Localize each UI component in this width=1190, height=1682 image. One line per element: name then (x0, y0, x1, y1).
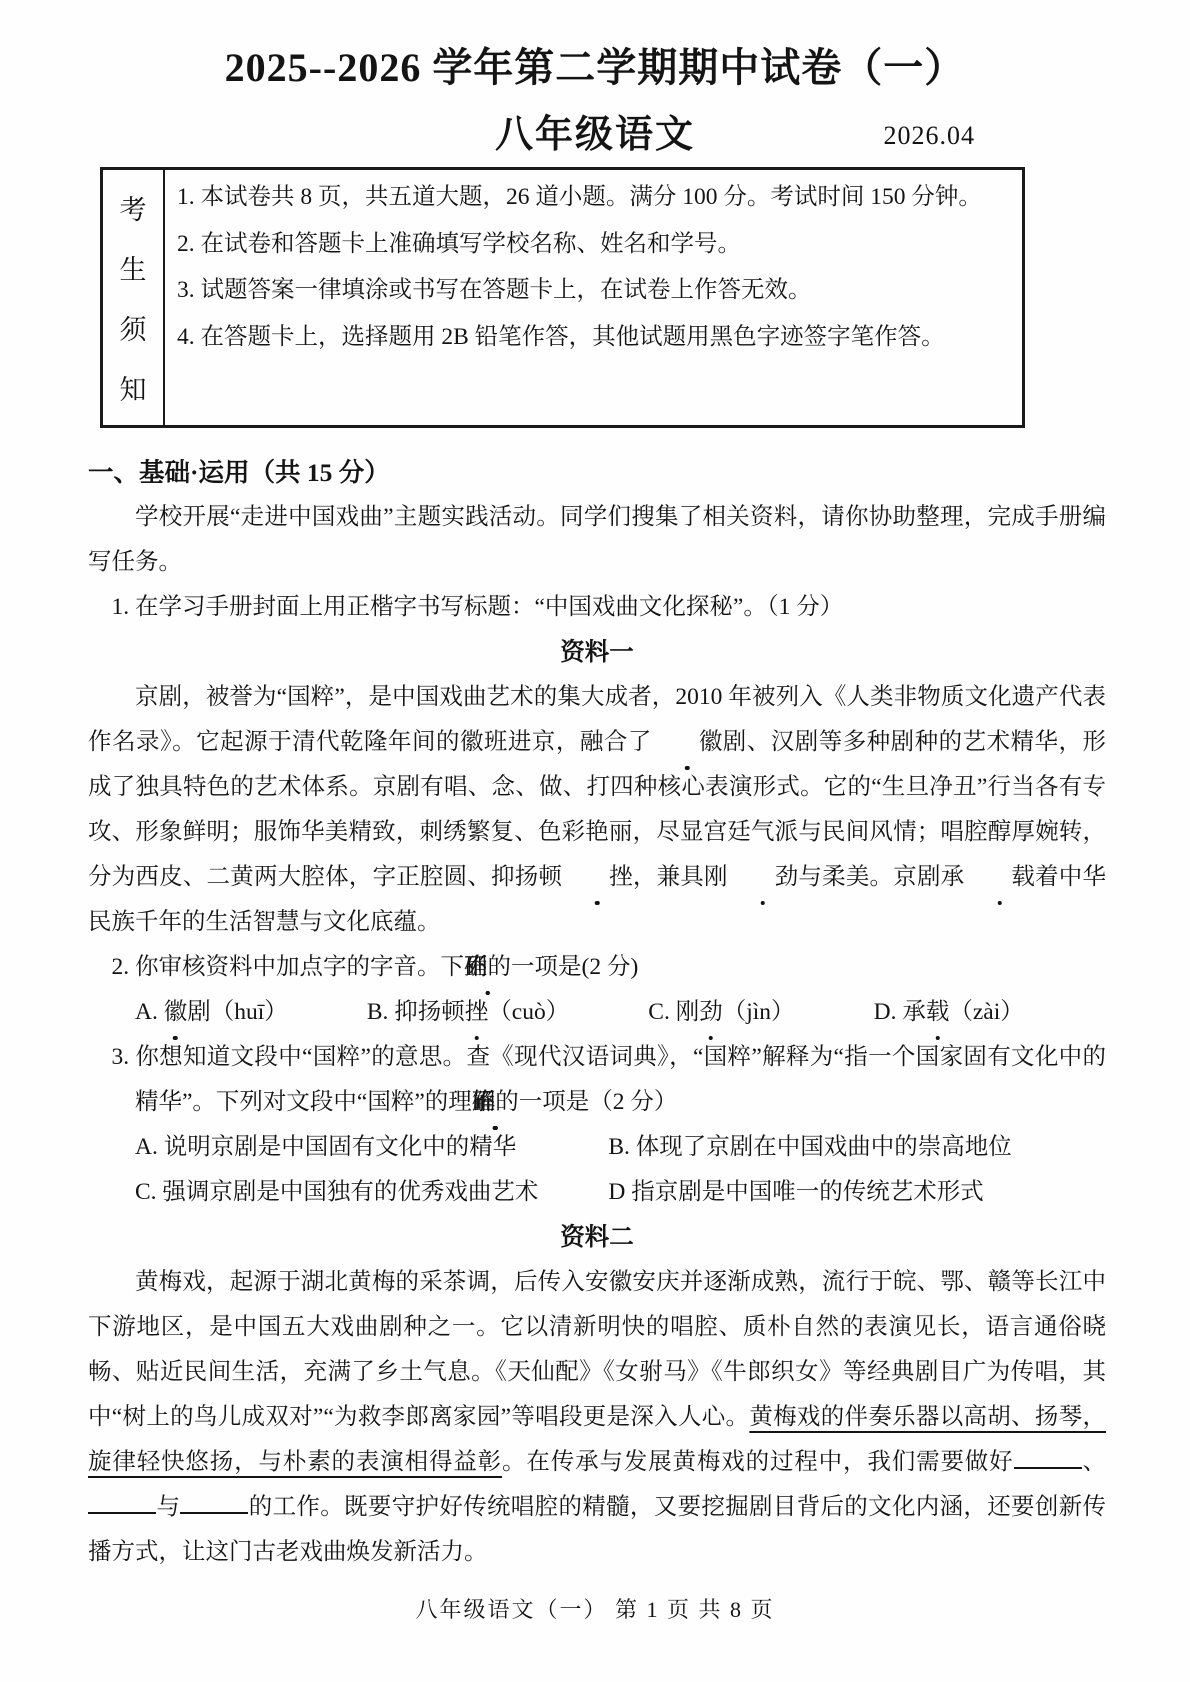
question-2: 2. 你审核资料中加点字的字音。下列不正确的一项是(2 分) (88, 945, 1106, 990)
text-run: 1. 在学习手册封面上用正楷字书写标题：“中国戏曲文化探秘”。（1 分） (112, 594, 844, 620)
question-1: 1. 在学习手册封面上用正楷字书写标题：“中国戏曲文化探秘”。（1 分） (88, 585, 1106, 630)
intro-paragraph: 学校开展“走进中国戏曲”主题实践活动。同学们搜集了相关资料，请你协助整理，完成手… (88, 495, 1106, 585)
option-item: A. 徽剧（huī） (135, 990, 288, 1035)
emphasized-char: 挫 (465, 990, 489, 1035)
emphasized-char: 载 (926, 990, 950, 1035)
notice-item: 2. 在试卷和答题卡上准确填写学校名称、姓名和学号。 (177, 221, 1014, 268)
material-2-title: 资料二 (88, 1215, 1106, 1260)
text-run: 剧（huī） (187, 999, 288, 1025)
exam-subject: 八年级语文 (495, 114, 695, 156)
text-run: 2. 你审核资料中加点字的字音。下列 (112, 954, 488, 980)
text-run: 学校开展“走进中国戏曲”主题实践活动。同学们搜集了相关资料，请你协助整理，完成手… (88, 504, 1106, 575)
text-run: C. 刚 (648, 999, 699, 1025)
text-run: C. 强调京剧是中国独有的优秀戏曲艺术 (135, 1179, 538, 1205)
option-item: D 指京剧是中国唯一的传统艺术形式 (561, 1170, 1034, 1215)
notice-item: 4. 在答题卡上，选择题用 2B 铅笔作答，其他试题用黑色字迹签字笔作答。 (177, 314, 1014, 361)
option-row: C. 强调京剧是中国独有的优秀戏曲艺术D 指京剧是中国唯一的传统艺术形式 (88, 1170, 1106, 1215)
document-body: 一、基础·运用（共 15 分）学校开展“走进中国戏曲”主题实践活动。同学们搜集了… (88, 450, 1106, 1575)
text-run: （jìn） (723, 999, 795, 1025)
fill-in-blank (88, 1489, 156, 1515)
page-footer: 八年级语文（一） 第 1 页 共 8 页 (0, 1593, 1190, 1624)
emphasized-char: 挫 (562, 855, 633, 900)
option-item: C. 刚劲（jìn） (648, 990, 794, 1035)
question-3-options: A. 说明京剧是中国固有文化中的精华B. 体现了京剧在中国戏曲中的崇高地位C. … (88, 1125, 1106, 1215)
exam-date: 2026.04 (884, 121, 976, 151)
text-run: 。在传承与发展黄梅戏的过程中，我们需要做好 (502, 1449, 1013, 1475)
emphasized-char: 徽 (652, 720, 723, 765)
fill-in-blank (1014, 1444, 1082, 1470)
option-row: A. 说明京剧是中国固有文化中的精华B. 体现了京剧在中国戏曲中的崇高地位 (88, 1125, 1106, 1170)
text-run: 的一项是(2 分) (488, 954, 639, 980)
text-run: （zài） (949, 999, 1023, 1025)
exam-paper-page: 2025--2026 学年第二学期期中试卷（一） 八年级语文 2026.04 考… (0, 0, 1190, 1682)
question-3: 3. 你想知道文段中“国粹”的意思。查《现代汉语词典》，“国粹”解释为“指一个国… (88, 1035, 1106, 1125)
option-item: A. 说明京剧是中国固有文化中的精华 (88, 1125, 561, 1170)
notice-items: 1. 本试卷共 8 页，共五道大题，26 道小题。满分 100 分。考试时间 1… (165, 170, 1022, 425)
text-run: ，兼具刚 (633, 864, 728, 890)
material-2-paragraph: 黄梅戏，起源于湖北黄梅的采茶调，后传入安徽安庆并逐渐成熟，流行于皖、鄂、赣等长江… (88, 1260, 1106, 1575)
notice-item: 1. 本试卷共 8 页，共五道大题，26 道小题。满分 100 分。考试时间 1… (177, 174, 1014, 221)
emphasized-char: 载 (964, 855, 1035, 900)
option-item: B. 体现了京剧在中国戏曲中的崇高地位 (561, 1125, 1034, 1170)
option-item: D. 承载（zài） (874, 990, 1024, 1035)
text-run: 一、基础·运用（共 15 分） (88, 458, 390, 487)
emphasized-char: 劲 (728, 855, 799, 900)
text-run: B. 抑扬顿 (367, 999, 465, 1025)
subtitle-row: 八年级语文 2026.04 (0, 103, 1190, 153)
exam-title: 2025--2026 学年第二学期期中试卷（一） (0, 0, 1190, 93)
text-run: D 指京剧是中国唯一的传统艺术形式 (608, 1179, 983, 1205)
material-1-paragraph: 京剧，被誉为“国粹”，是中国戏曲艺术的集大成者，2010 年被列入《人类非物质文… (88, 675, 1106, 945)
section-heading: 一、基础·运用（共 15 分） (88, 450, 1106, 495)
text-run: （cuò） (488, 999, 569, 1025)
text-run: 与柔美。京剧承 (798, 864, 964, 890)
candidate-notice-box: 考生须知 1. 本试卷共 8 页，共五道大题，26 道小题。满分 100 分。考… (100, 167, 1025, 428)
notice-item: 3. 试题答案一律填涂或书写在答题卡上，在试卷上作答无效。 (177, 267, 1014, 314)
text-run: B. 体现了京剧在中国戏曲中的崇高地位 (608, 1134, 1011, 1160)
text-run: 的一项是（2 分） (495, 1089, 677, 1115)
notice-label-char: 生 (120, 248, 147, 287)
material-1-title: 资料一 (88, 630, 1106, 675)
option-item: B. 抑扬顿挫（cuò） (367, 990, 569, 1035)
text-run: A. (135, 999, 164, 1025)
emphasized-char: 劲 (699, 990, 723, 1035)
fill-in-blank (180, 1489, 248, 1515)
text-run: 资料一 (560, 639, 634, 666)
notice-label-char: 考 (120, 188, 147, 227)
text-run: D. 承 (874, 999, 926, 1025)
notice-label-char: 须 (120, 308, 147, 347)
notice-label-char: 知 (120, 368, 147, 407)
emphasized-char: 徽 (164, 990, 188, 1035)
notice-label: 考生须知 (103, 170, 165, 425)
text-run: A. 说明京剧是中国固有文化中的精华 (135, 1134, 516, 1160)
text-run: 与 (156, 1494, 180, 1520)
question-2-options: A. 徽剧（huī）B. 抑扬顿挫（cuò）C. 刚劲（jìn）D. 承载（zà… (88, 990, 1106, 1035)
option-item: C. 强调京剧是中国独有的优秀戏曲艺术 (88, 1170, 561, 1215)
text-run: 、 (1082, 1449, 1106, 1475)
text-run: 资料二 (560, 1224, 634, 1251)
